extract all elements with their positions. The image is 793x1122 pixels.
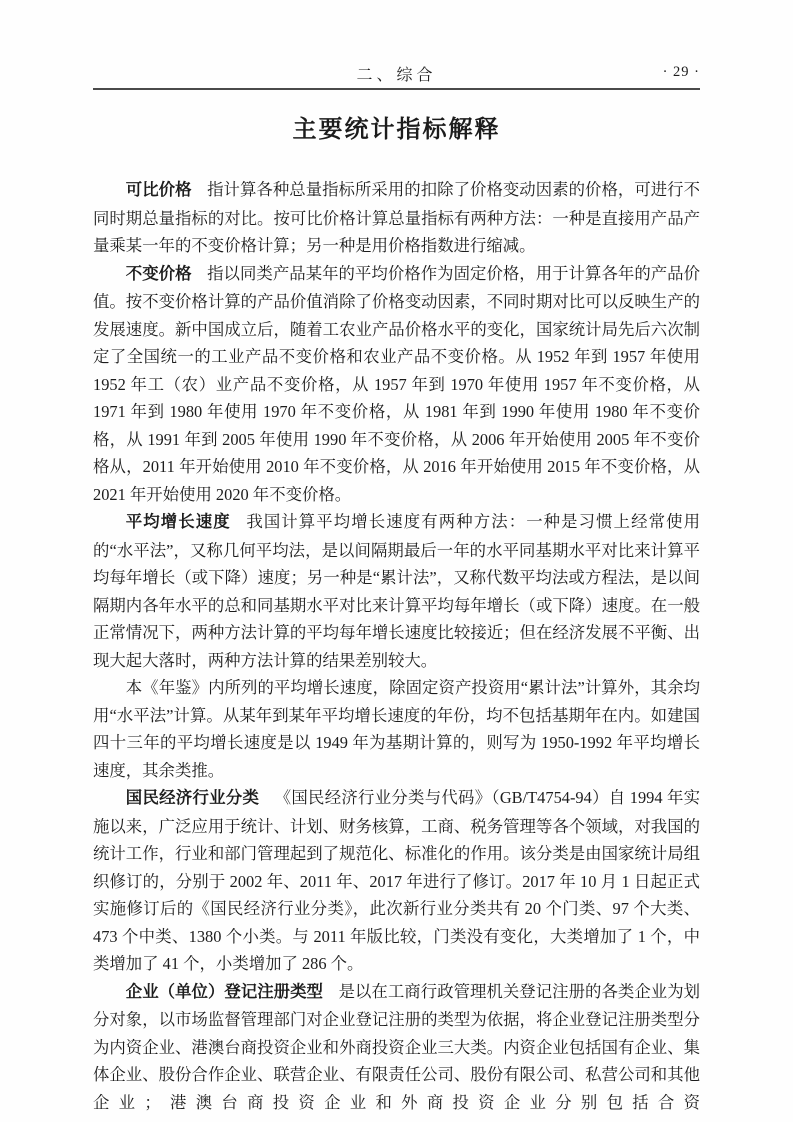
definition-term: 可比价格 — [126, 181, 192, 199]
definition-text: 是以在工商行政管理机关登记注册的各类企业为划分对象，以市场监督管理部门对企业登记… — [93, 982, 700, 1112]
page-number: · 29 · — [663, 64, 700, 81]
paragraph-registration-type: 企业（单位）登记注册类型是以在工商行政管理机关登记注册的各类企业为划分对象，以市… — [93, 978, 700, 1117]
page-title: 主要统计指标解释 — [0, 109, 793, 144]
definition-text: 指以同类产品某年的平均价格作为固定价格，用于计算各年的产品价值。按不变价格计算的… — [93, 264, 700, 504]
definition-term: 企业（单位）登记注册类型 — [126, 983, 323, 1001]
header-rule — [93, 88, 700, 90]
definition-term: 国民经济行业分类 — [126, 789, 259, 807]
definition-term: 平均增长速度 — [126, 513, 231, 531]
document-body: 可比价格指计算各种总量指标所采用的扣除了价格变动因素的价格，可进行不同时期总量指… — [93, 176, 700, 1116]
paragraph-industry-classification: 国民经济行业分类《国民经济行业分类与代码》（GB/T4754-94）自 1994… — [93, 784, 700, 978]
page-header: 二、综合 · 29 · — [93, 62, 700, 86]
paragraph-constant-price: 不变价格指以同类产品某年的平均价格作为固定价格，用于计算各年的产品价值。按不变价… — [93, 260, 700, 509]
paragraph-comparable-price: 可比价格指计算各种总量指标所采用的扣除了价格变动因素的价格，可进行不同时期总量指… — [93, 176, 700, 260]
paragraph-yearbook-note: 本《年鉴》内所列的平均增长速度，除固定资产投资用“累计法”计算外，其余均用“水平… — [93, 674, 700, 784]
chapter-title: 二、综合 — [93, 62, 700, 85]
definition-text: 我国计算平均增长速度有两种方法：一种是习惯上经常使用的“水平法”，又称几何平均法… — [93, 512, 700, 670]
paragraph-average-growth-rate: 平均增长速度我国计算平均增长速度有两种方法：一种是习惯上经常使用的“水平法”，又… — [93, 508, 700, 674]
document-page: 二、综合 · 29 · 主要统计指标解释 可比价格指计算各种总量指标所采用的扣除… — [0, 0, 793, 1122]
definition-text: 本《年鉴》内所列的平均增长速度，除固定资产投资用“累计法”计算外，其余均用“水平… — [93, 678, 700, 780]
definition-term: 不变价格 — [126, 265, 192, 283]
definition-text: 《国民经济行业分类与代码》（GB/T4754-94）自 1994 年实施以来，广… — [93, 788, 700, 973]
